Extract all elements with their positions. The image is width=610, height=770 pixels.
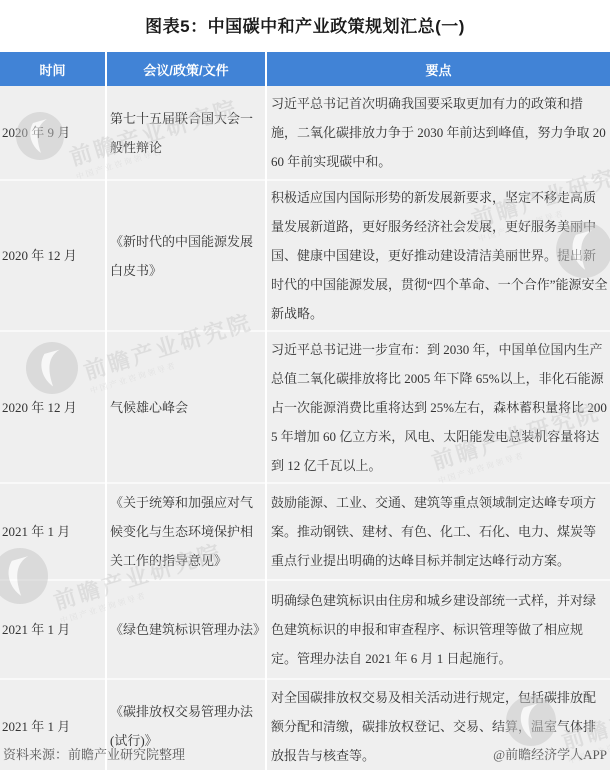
cell-points: 习近平总书记进一步宣布：到 2030 年，中国单位国内生产总值二氧化碳排放将比 … <box>266 331 610 483</box>
policy-table: 时间 会议/政策/文件 要点 2020 年 9 月 第七十五届联合国大会一般性辩… <box>0 52 610 770</box>
cell-points: 积极适应国内国际形势的新发展新要求，坚定不移走高质量发展新道路，更好服务经济社会… <box>266 180 610 331</box>
cell-points: 明确绿色建筑标识由住房和城乡建设部统一式样，并对绿色建筑标识的申报和审查程序、标… <box>266 580 610 679</box>
table-row: 2020 年 12 月 《新时代的中国能源发展白皮书》 积极适应国内国际形势的新… <box>0 180 610 331</box>
footer: 资料来源：前瞻产业研究院整理 @前瞻经济学人APP <box>0 744 610 763</box>
infographic-page: 图表5：中国碳中和产业政策规划汇总(一) 时间 会议/政策/文件 要点 2020… <box>0 0 610 770</box>
cell-time: 2021 年 1 月 <box>0 580 106 679</box>
cell-time: 2020 年 12 月 <box>0 331 106 483</box>
table-row: 2020 年 9 月 第七十五届联合国大会一般性辩论 习近平总书记首次明确我国要… <box>0 86 610 180</box>
app-credit: @前瞻经济学人APP <box>493 744 607 763</box>
cell-time: 2020 年 12 月 <box>0 180 106 331</box>
cell-policy: 《绿色建筑标识管理办法》 <box>106 580 266 679</box>
cell-points: 习近平总书记首次明确我国要采取更加有力的政策和措施，二氧化碳排放力争于 2030… <box>266 86 610 180</box>
header-policy: 会议/政策/文件 <box>106 52 266 86</box>
cell-policy: 《关于统筹和加强应对气候变化与生态环境保护相关工作的指导意见》 <box>106 483 266 580</box>
source-note: 资料来源：前瞻产业研究院整理 <box>3 744 185 763</box>
cell-time: 2020 年 9 月 <box>0 86 106 180</box>
table-header-row: 时间 会议/政策/文件 要点 <box>0 52 610 86</box>
cell-policy: 气候雄心峰会 <box>106 331 266 483</box>
table-row: 2020 年 12 月 气候雄心峰会 习近平总书记进一步宣布：到 2030 年，… <box>0 331 610 483</box>
cell-points: 鼓励能源、工业、交通、建筑等重点领域制定达峰专项方案。推动钢铁、建材、有色、化工… <box>266 483 610 580</box>
cell-policy: 《新时代的中国能源发展白皮书》 <box>106 180 266 331</box>
table-row: 2021 年 1 月 《绿色建筑标识管理办法》 明确绿色建筑标识由住房和城乡建设… <box>0 580 610 679</box>
cell-policy: 第七十五届联合国大会一般性辩论 <box>106 86 266 180</box>
page-title: 图表5：中国碳中和产业政策规划汇总(一) <box>0 0 610 37</box>
header-time: 时间 <box>0 52 106 86</box>
table-row: 2021 年 1 月 《关于统筹和加强应对气候变化与生态环境保护相关工作的指导意… <box>0 483 610 580</box>
header-points: 要点 <box>266 52 610 86</box>
cell-time: 2021 年 1 月 <box>0 483 106 580</box>
